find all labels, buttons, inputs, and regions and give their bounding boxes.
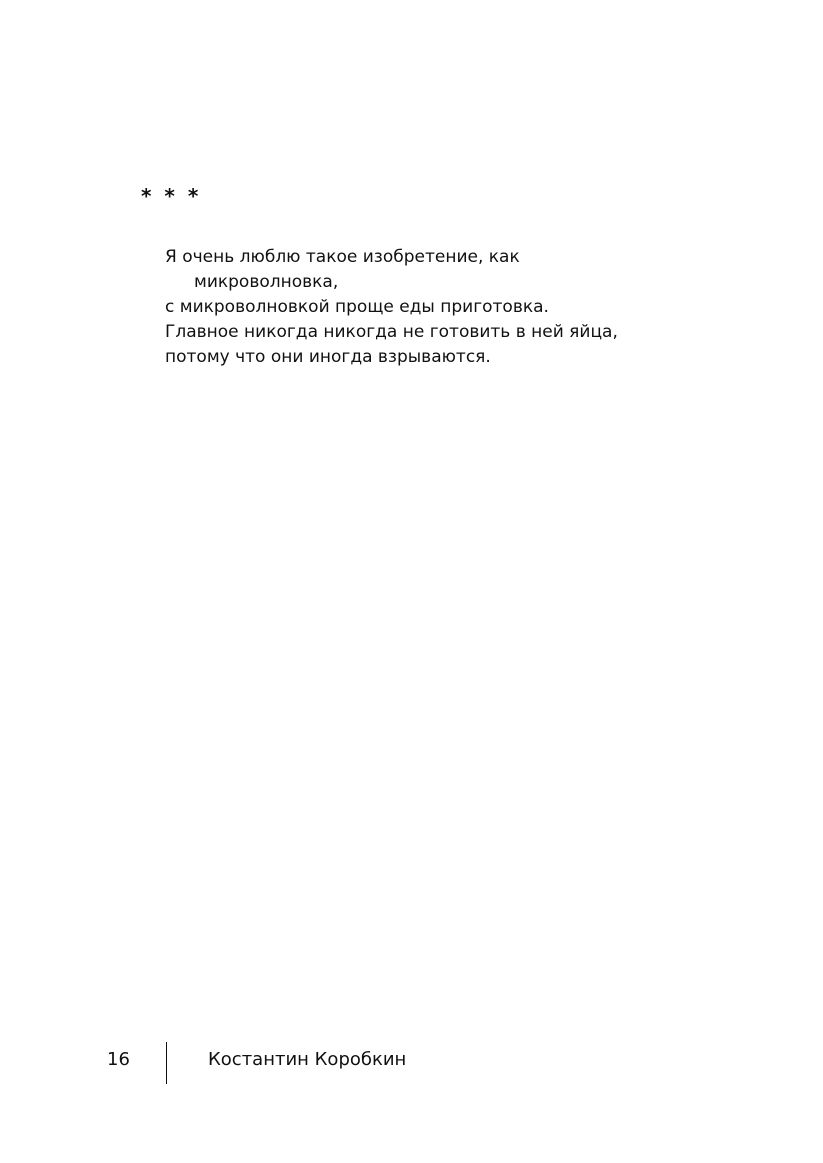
poem-line: Я очень люблю такое изобретение, как: [165, 245, 618, 270]
poem-line-continuation: микроволновка,: [165, 270, 618, 295]
poem-line: с микроволновкой проще еды приготовка.: [165, 295, 618, 320]
poem-stanza: Я очень люблю такое изобретение, как мик…: [165, 245, 618, 370]
poem-line: потому что они иногда взрываются.: [165, 345, 618, 370]
poem-line: Главное никогда никогда не готовить в не…: [165, 320, 618, 345]
footer-divider: [166, 1042, 167, 1084]
section-marker: * * *: [141, 184, 201, 208]
page-number: 16: [107, 1049, 130, 1070]
running-footer-author: Костантин Коробкин: [208, 1049, 406, 1070]
